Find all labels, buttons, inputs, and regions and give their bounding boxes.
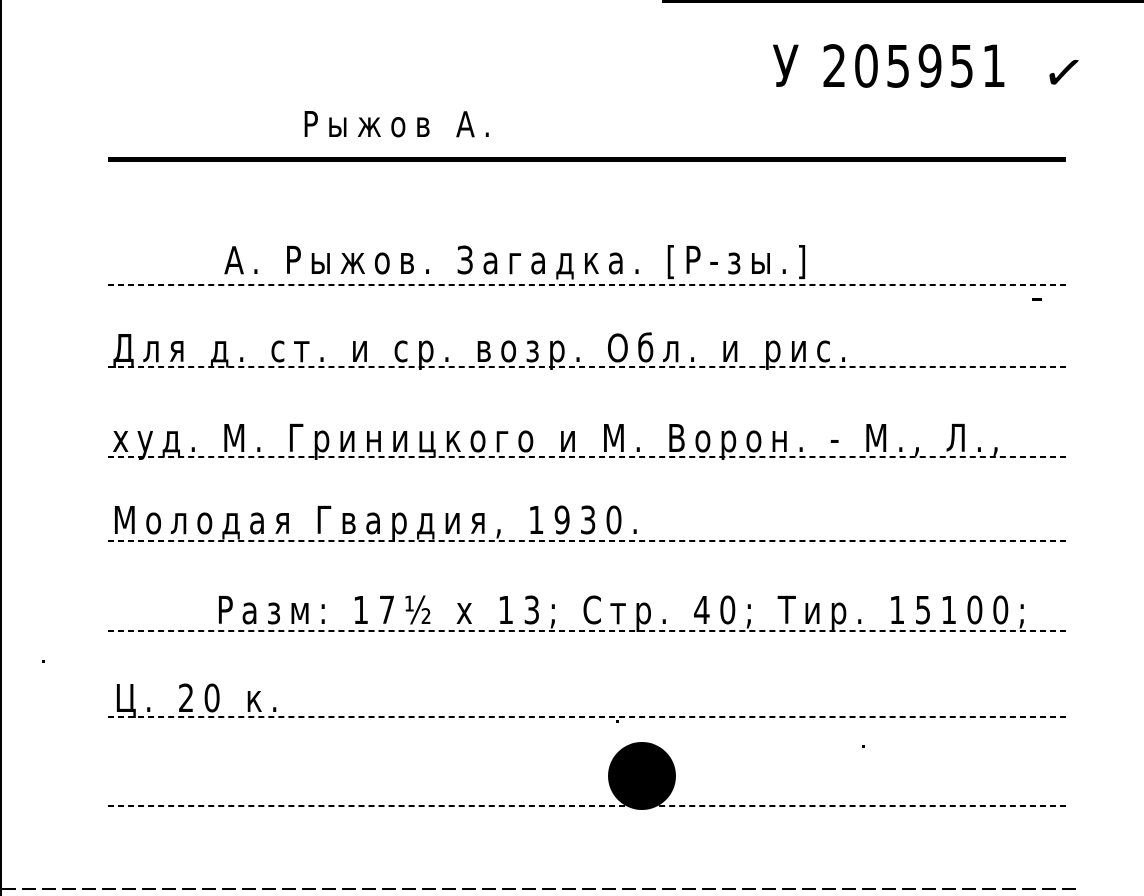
card-line-illustrators: худ. М. Гриницкого и М. Ворон. - М., Л.,: [112, 420, 1008, 458]
card-line-price: Ц. 20 к.: [114, 680, 286, 718]
ruled-line: [108, 716, 1066, 718]
ink-speck: [862, 745, 865, 748]
card-bottom-edge: [2, 888, 1082, 890]
ink-speck: [42, 660, 45, 663]
card-line-audience: Для д. ст. и ср. возр. Обл. и рис.: [112, 330, 855, 368]
card-line-publisher: Молодая Гвардия, 1930.: [112, 502, 647, 540]
ink-speck: [1032, 298, 1042, 301]
heading-rule: [108, 157, 1066, 162]
ink-speck: [616, 720, 619, 723]
catalog-card: У 205951 ✓ Рыжов А. А. Рыжов. Загадка. […: [0, 0, 1144, 896]
check-mark-icon: ✓: [1038, 41, 1090, 106]
ruled-line: [108, 284, 1066, 286]
card-heading-author: Рыжов А.: [302, 108, 500, 144]
card-line-specs: Разм: 17½ х 13; Стр. 40; Тир. 15100;: [216, 592, 1034, 630]
ruled-line: [108, 630, 1066, 632]
ruled-line: [108, 805, 1066, 807]
card-top-edge: [662, 0, 1144, 3]
ruled-line: [108, 456, 1066, 458]
ruled-line: [108, 540, 1066, 542]
ruled-line: [108, 366, 1066, 368]
punch-hole: [608, 742, 676, 810]
card-line-title: А. Рыжов. Загадка. [Р-зы.]: [224, 242, 815, 280]
inventory-number: У 205951: [772, 38, 1012, 96]
